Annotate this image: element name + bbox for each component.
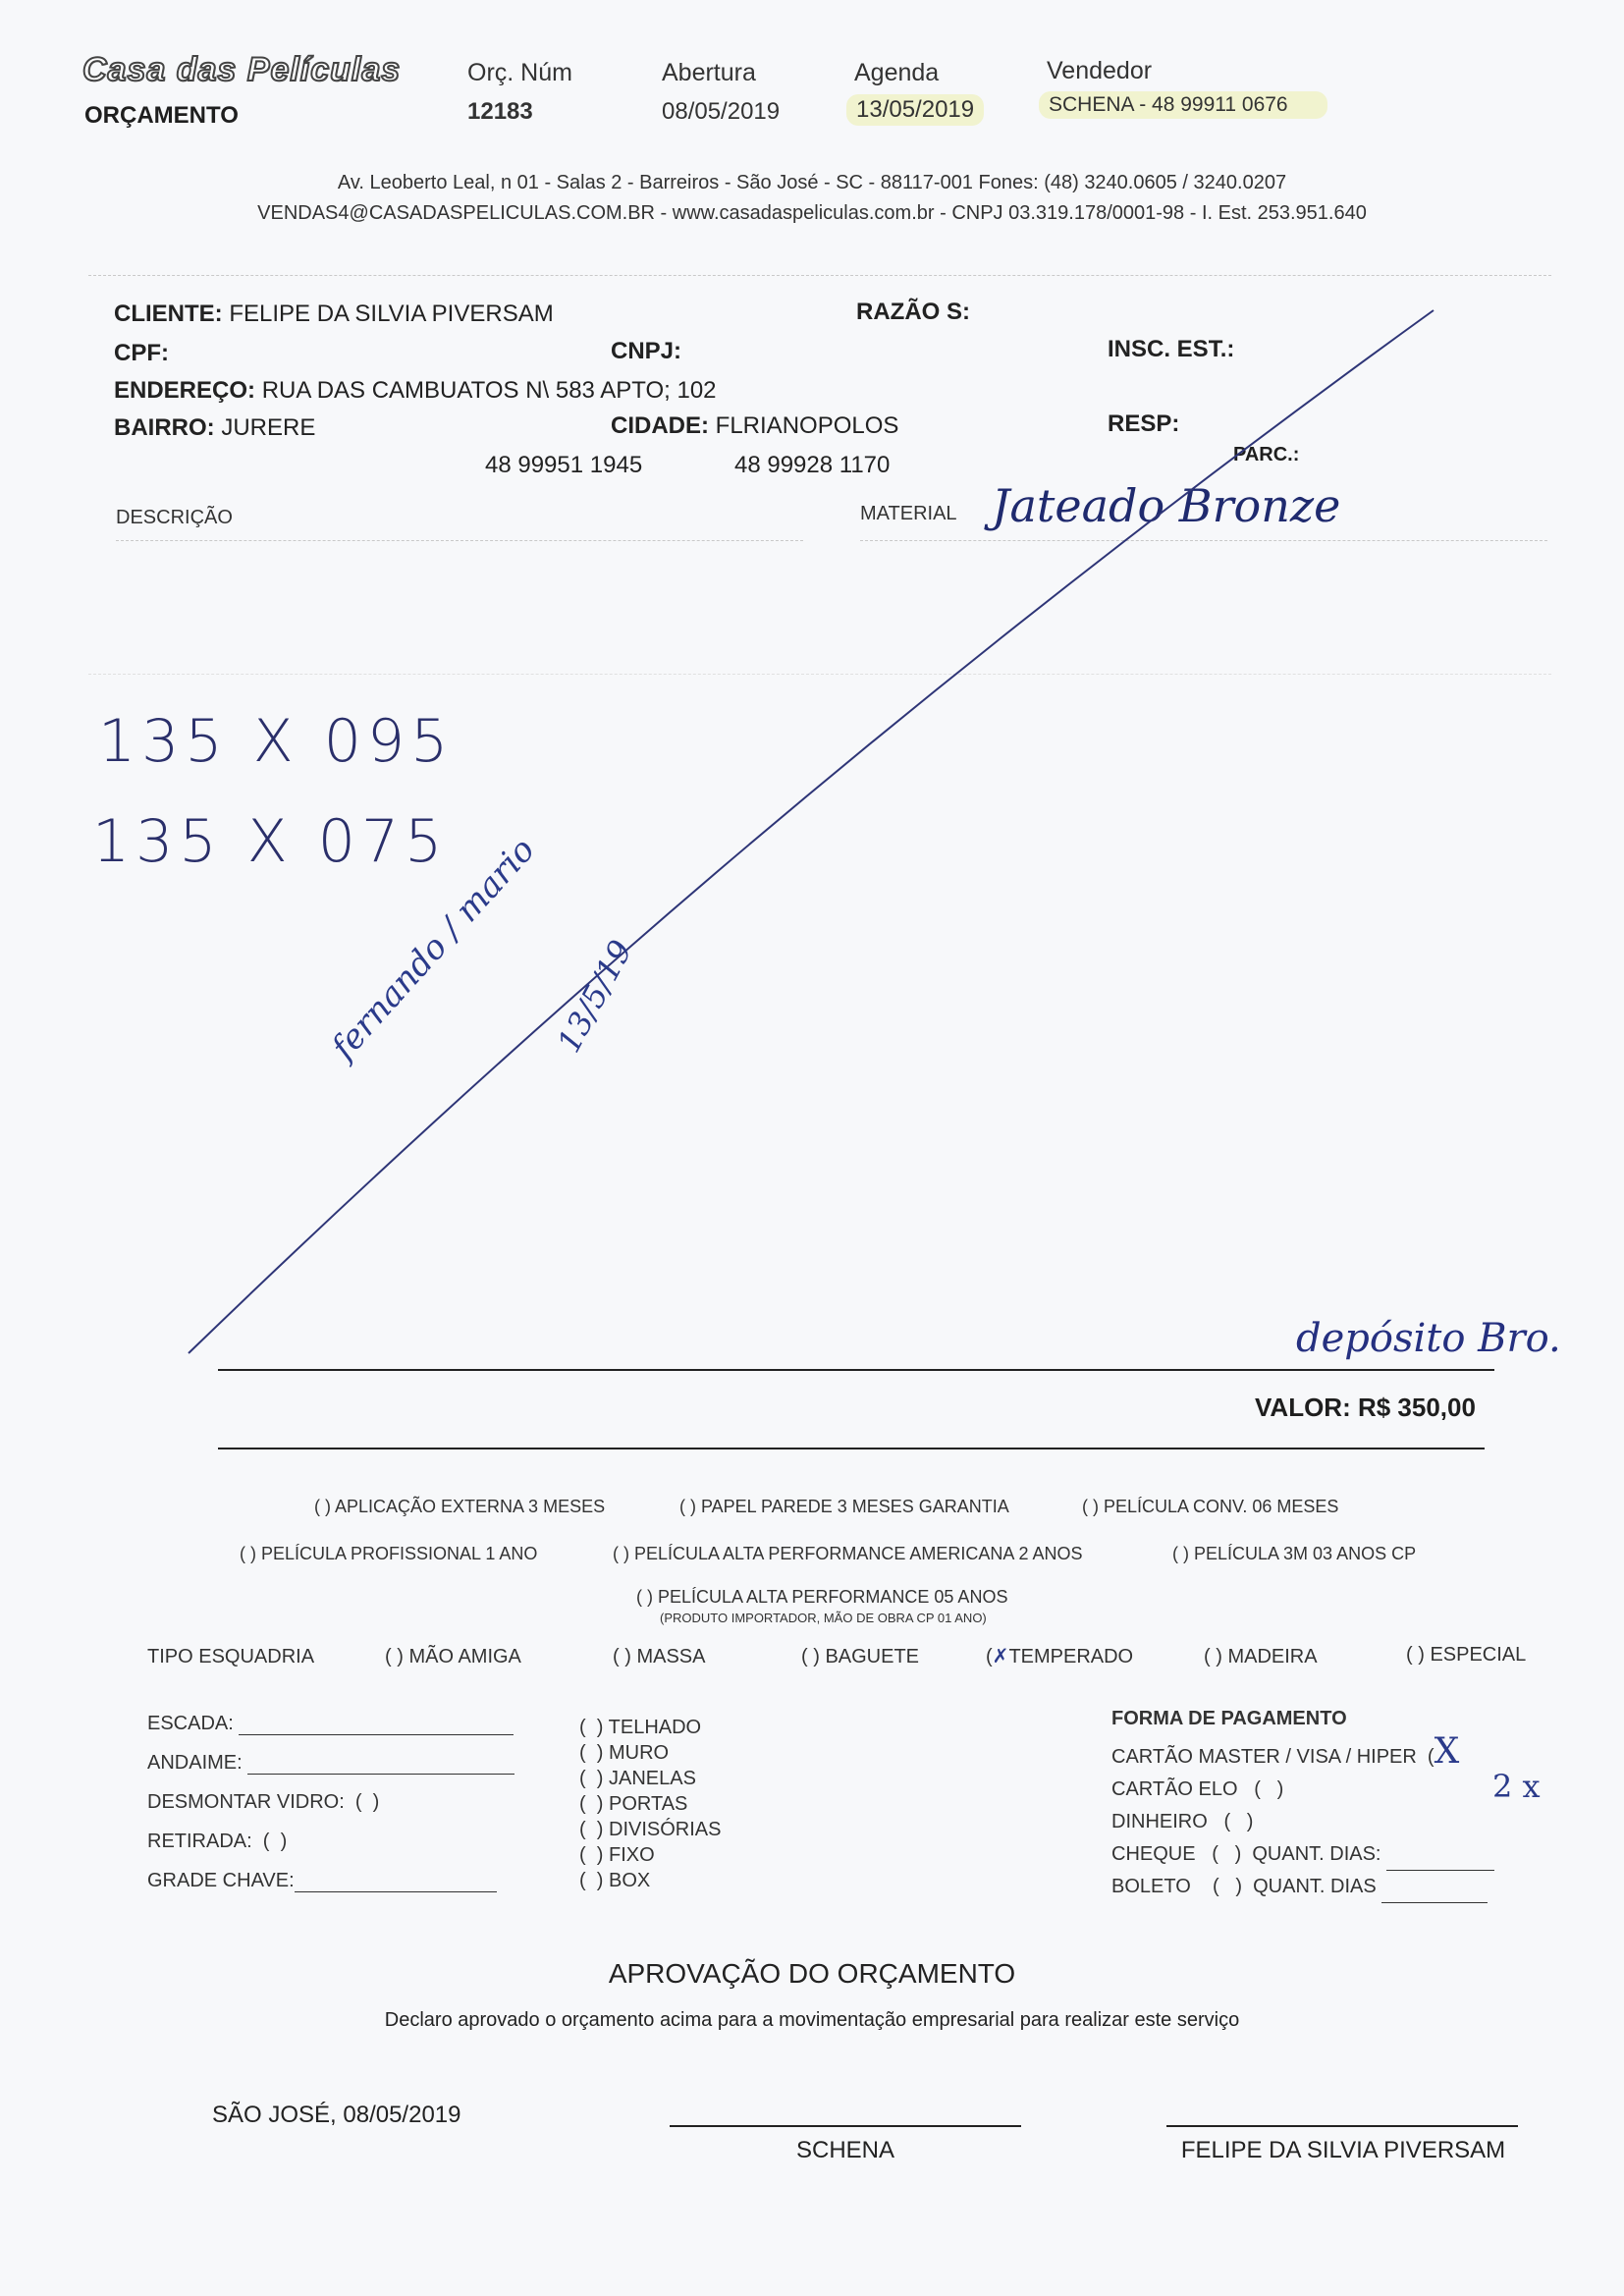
local-divisorias[interactable]: ( ) DIVISÓRIAS [579,1817,721,1842]
payment-master-visa[interactable]: CARTÃO MASTER / VISA / HIPER (X [1111,1735,1494,1774]
esquadria-mao-amiga[interactable]: ( ) MÃO AMIGA [385,1646,521,1668]
approval-text: Declaro aprovado o orçamento acima para … [0,2009,1624,2032]
esquadria-madeira[interactable]: ( ) MADEIRA [1204,1646,1318,1668]
option-pelicula-conv[interactable]: ( ) PELÍCULA CONV. 06 MESES [1082,1497,1338,1517]
payment-dinheiro[interactable]: DINHEIRO ( ) [1111,1806,1494,1838]
option-pelicula-alta-performance[interactable]: ( ) PELÍCULA ALTA PERFORMANCE 05 ANOS [636,1587,1007,1608]
esquadria-massa[interactable]: ( ) MASSA [613,1646,705,1668]
local-janelas[interactable]: ( ) JANELAS [579,1766,721,1791]
local-muro[interactable]: ( ) MURO [579,1740,721,1766]
seller-signature-name: SCHENA [670,2137,1021,2164]
installments-note: 2 x [1492,1768,1541,1805]
grade-chave-field[interactable]: GRADE CHAVE: [147,1870,497,1892]
locais-list: ( ) TELHADO ( ) MURO ( ) JANELAS ( ) POR… [579,1715,721,1893]
seller-signature-line [670,2125,1021,2127]
checked-mark-icon: X [1435,1731,1460,1772]
escada-field[interactable]: ESCADA: [147,1713,514,1735]
local-box[interactable]: ( ) BOX [579,1868,721,1893]
local-portas[interactable]: ( ) PORTAS [579,1791,721,1817]
diagonal-strike-line [0,0,1624,2296]
payment-cheque[interactable]: CHEQUE ( ) QUANT. DIAS: [1111,1838,1494,1871]
desmontar-vidro-field[interactable]: DESMONTAR VIDRO: ( ) [147,1791,379,1814]
valor-field: VALOR: R$ 350,00 [1255,1393,1476,1423]
valor-value: R$ 350,00 [1358,1393,1476,1422]
approval-title: APROVAÇÃO DO ORÇAMENTO [0,1958,1624,1990]
payment-elo[interactable]: CARTÃO ELO ( ) [1111,1774,1494,1806]
valor-top-rule [218,1369,1494,1371]
payment-boleto[interactable]: BOLETO ( ) QUANT. DIAS [1111,1871,1494,1903]
valor-label: VALOR: [1255,1393,1351,1422]
esquadria-label: TIPO ESQUADRIA [147,1646,314,1668]
option-pelicula-americana[interactable]: ( ) PELÍCULA ALTA PERFORMANCE AMERICANA … [613,1544,1082,1564]
esquadria-baguete[interactable]: ( ) BAGUETE [801,1646,919,1668]
option-pelicula-3m[interactable]: ( ) PELÍCULA 3M 03 ANOS CP [1172,1544,1416,1564]
option-papel-parede[interactable]: ( ) PAPEL PAREDE 3 MESES GARANTIA [679,1497,1009,1517]
valor-bottom-rule [218,1448,1485,1449]
esquadria-especial[interactable]: ( ) ESPECIAL [1406,1644,1526,1667]
local-fixo[interactable]: ( ) FIXO [579,1842,721,1868]
place-date: SÃO JOSÉ, 08/05/2019 [212,2102,461,2129]
checked-mark-icon: ✗ [993,1646,1009,1667]
client-signature-name: FELIPE DA SILVIA PIVERSAM [1147,2137,1540,2164]
option-note: (PRODUTO IMPORTADOR, MÃO DE OBRA CP 01 A… [660,1611,987,1625]
retirada-field[interactable]: RETIRADA: ( ) [147,1831,287,1853]
option-pelicula-profissional[interactable]: ( ) PELÍCULA PROFISSIONAL 1 ANO [240,1544,537,1564]
payment-note: depósito Bro. [1296,1316,1561,1361]
local-telhado[interactable]: ( ) TELHADO [579,1715,721,1740]
andaime-field[interactable]: ANDAIME: [147,1752,514,1775]
esquadria-temperado[interactable]: (✗TEMPERADO [986,1644,1133,1668]
payment-section: FORMA DE PAGAMENTO CARTÃO MASTER / VISA … [1111,1703,1494,1903]
client-signature-line [1166,2125,1518,2127]
option-aplicacao-externa[interactable]: ( ) APLICAÇÃO EXTERNA 3 MESES [314,1497,605,1517]
